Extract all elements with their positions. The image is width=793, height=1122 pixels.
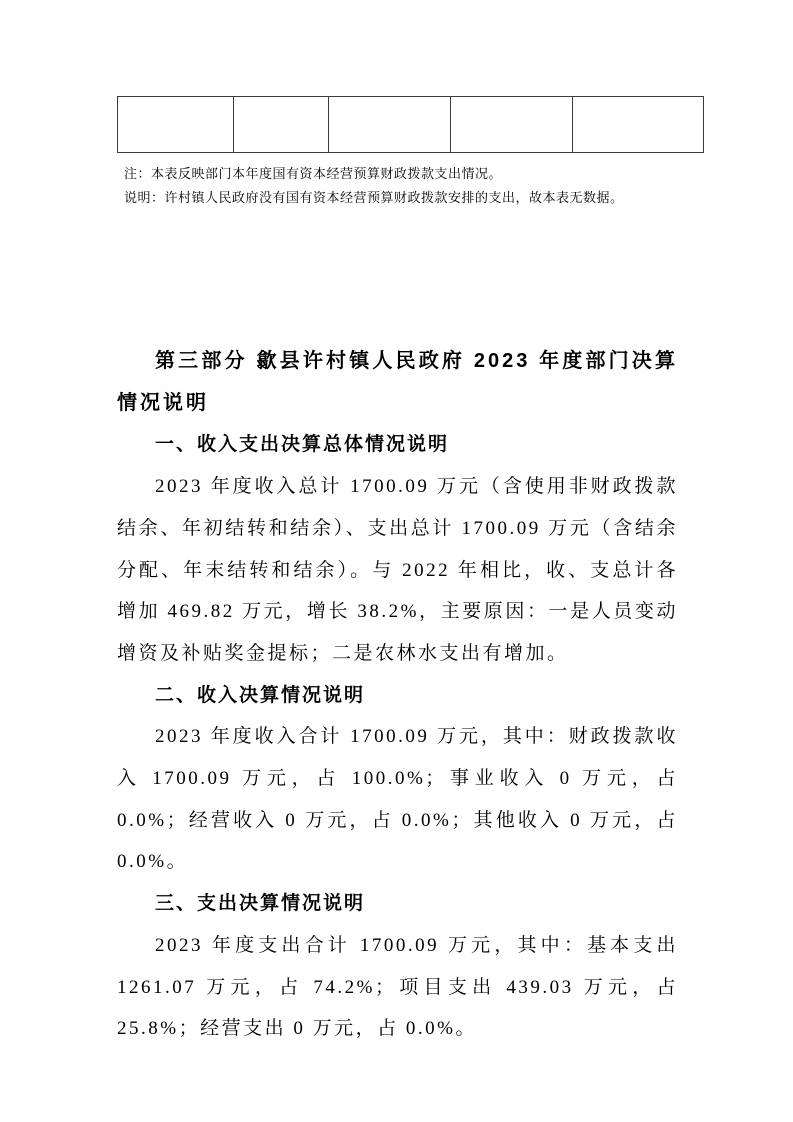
paragraph-income-expenditure-overview: 2023 年度收入总计 1700.09 万元（含使用非财政拨款结余、年初结转和结… (117, 466, 678, 675)
state-capital-budget-table (117, 96, 704, 153)
section-heading-income-details: 二、收入决算情况说明 (117, 675, 678, 717)
table-note-explanation: 说明：许村镇人民政府没有国有资本经营预算财政拨款安排的支出，故本表无数据。 (124, 186, 724, 210)
document-title: 第三部分 歙县许村镇人民政府 2023 年度部门决算情况说明 (117, 341, 678, 424)
document-body: 第三部分 歙县许村镇人民政府 2023 年度部门决算情况说明 一、收入支出决算总… (117, 341, 678, 1050)
section-heading-income-expenditure-overview: 一、收入支出决算总体情况说明 (117, 424, 678, 466)
table-cell (451, 97, 573, 153)
table-cell (118, 97, 234, 153)
paragraph-expenditure-details: 2023 年度支出合计 1700.09 万元，其中：基本支出 1261.07 万… (117, 925, 678, 1050)
table-notes: 注：本表反映部门本年度国有资本经营预算财政拨款支出情况。 说明：许村镇人民政府没… (124, 162, 724, 209)
table-row (118, 97, 704, 153)
table-cell (234, 97, 329, 153)
paragraph-income-details: 2023 年度收入合计 1700.09 万元，其中：财政拨款收入 1700.09… (117, 716, 678, 883)
table-cell (329, 97, 451, 153)
table-cell (573, 97, 704, 153)
document-page: 注：本表反映部门本年度国有资本经营预算财政拨款支出情况。 说明：许村镇人民政府没… (0, 0, 793, 1122)
table-note: 注：本表反映部门本年度国有资本经营预算财政拨款支出情况。 (124, 162, 724, 186)
section-heading-expenditure-details: 三、支出决算情况说明 (117, 883, 678, 925)
